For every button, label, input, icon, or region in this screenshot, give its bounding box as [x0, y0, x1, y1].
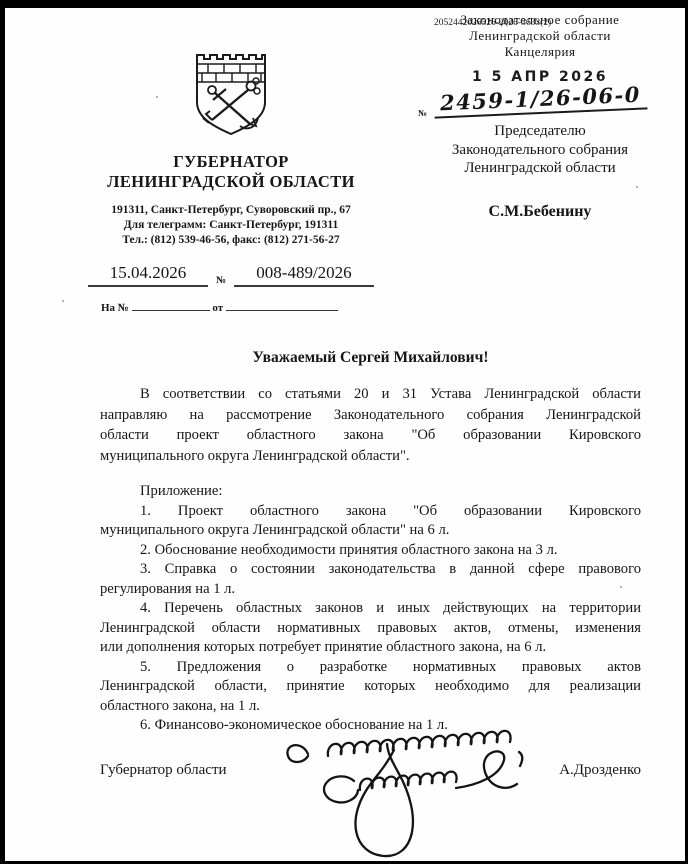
- body-line: В соответствии со статьями 20 и 31 Устав…: [100, 384, 641, 405]
- incoming-number-handwritten: 2459-1/26-06-0: [433, 81, 647, 118]
- scan-noise-dot: [620, 586, 622, 588]
- attachment-line: 2. Обоснование необходимости принятия об…: [100, 541, 641, 561]
- incoming-number-sign: №: [418, 108, 427, 118]
- address-line2: Для телеграмм: Санкт-Петербург, 191311: [85, 218, 377, 233]
- attachment-line: 1. Проект областного закона "Об образова…: [100, 502, 641, 522]
- org-name-line1: ГУБЕРНАТОР: [85, 152, 377, 172]
- scan-noise-dot: [62, 300, 64, 302]
- attachments-list: Приложение: 1. Проект областного закона …: [100, 482, 641, 736]
- date-number-row: 15.04.2026 № 008-489/2026: [85, 257, 377, 287]
- recipient-line1: Председателю: [412, 122, 668, 141]
- body-line: направляю на рассмотрение Законодательно…: [100, 405, 641, 426]
- org-address: 191311, Санкт-Петербург, Суворовский пр.…: [85, 203, 377, 248]
- scan-border-left: [0, 0, 5, 864]
- org-name: ГУБЕРНАТОР ЛЕНИНГРАДСКОЙ ОБЛАСТИ: [85, 152, 377, 192]
- org-name-line2: ЛЕНИНГРАДСКОЙ ОБЛАСТИ: [85, 172, 377, 192]
- ref-date-blank: [226, 300, 338, 311]
- attachment-line: 4. Перечень областных законов и иных дей…: [100, 599, 641, 619]
- number-sign-label: №: [208, 275, 234, 287]
- recipient-line3: Ленинградской области: [412, 159, 668, 178]
- signer-name: А.Дрозденко: [559, 762, 641, 779]
- letter-date: 15.04.2026: [88, 261, 208, 287]
- letterhead: ГУБЕРНАТОР ЛЕНИНГРАДСКОЙ ОБЛАСТИ 191311,…: [85, 48, 377, 314]
- attachment-line: Ленинградской области, принятие которых …: [100, 677, 641, 697]
- scan-noise-dot: [636, 186, 638, 188]
- address-line1: 191311, Санкт-Петербург, Суворовский пр.…: [85, 203, 377, 218]
- address-line3: Тел.: (812) 539-46-56, факс: (812) 271-5…: [85, 233, 377, 248]
- ref-number-blank: [132, 300, 210, 311]
- scanned-letter-page: ГУБЕРНАТОР ЛЕНИНГРАДСКОЙ ОБЛАСТИ 191311,…: [0, 0, 688, 864]
- signature-scribble: [272, 714, 544, 862]
- right-column: Законодательное собрание 2052442026526-2…: [412, 12, 668, 221]
- letter-number: 008-489/2026: [234, 261, 374, 287]
- attachment-line: муниципального округа Ленинградской обла…: [100, 521, 641, 541]
- recipient-name: С.М.Бебенину: [412, 203, 668, 221]
- attachment-line: или дополнения которых потребует приняти…: [100, 638, 641, 658]
- salutation: Уважаемый Сергей Михайлович!: [100, 349, 641, 367]
- ref-label: На №: [101, 302, 129, 314]
- body-line: области проект областного закона "Об обр…: [100, 425, 641, 446]
- attachment-line: 3. Справка о состоянии законодательства …: [100, 560, 641, 580]
- coat-of-arms-leningrad-oblast-icon: [190, 48, 272, 142]
- attachment-line: регулирования на 1 л.: [100, 580, 641, 600]
- body-paragraph: В соответствии со статьями 20 и 31 Устав…: [100, 384, 641, 466]
- scan-border-top: [0, 0, 688, 8]
- recipient-block: Председателю Законодательного собрания Л…: [412, 122, 668, 178]
- reference-row: На № от: [85, 300, 377, 314]
- stamp-org-line1: Законодательное собрание 2052442026526-2…: [412, 12, 668, 28]
- recipient-line2: Законодательного собрания: [412, 141, 668, 160]
- attachments-label: Приложение:: [100, 482, 641, 502]
- stamp-org-line3: Канцелярия: [412, 44, 668, 60]
- attachment-line: 5. Предложения о разработке нормативных …: [100, 658, 641, 678]
- ref-from-label: от: [212, 302, 223, 314]
- chancery-stamp: Законодательное собрание 2052442026526-2…: [412, 12, 668, 60]
- registry-code-overlay: 2052442026526-2026-3633(2): [434, 15, 551, 31]
- body-line: муниципального округа Ленинградской обла…: [100, 446, 641, 467]
- attachment-line: Ленинградской области нормативных правов…: [100, 619, 641, 639]
- signer-position: Губернатор области: [100, 762, 227, 779]
- scan-noise-dot: [156, 96, 158, 98]
- incoming-number-row: № 2459-1/26-06-0: [412, 86, 668, 120]
